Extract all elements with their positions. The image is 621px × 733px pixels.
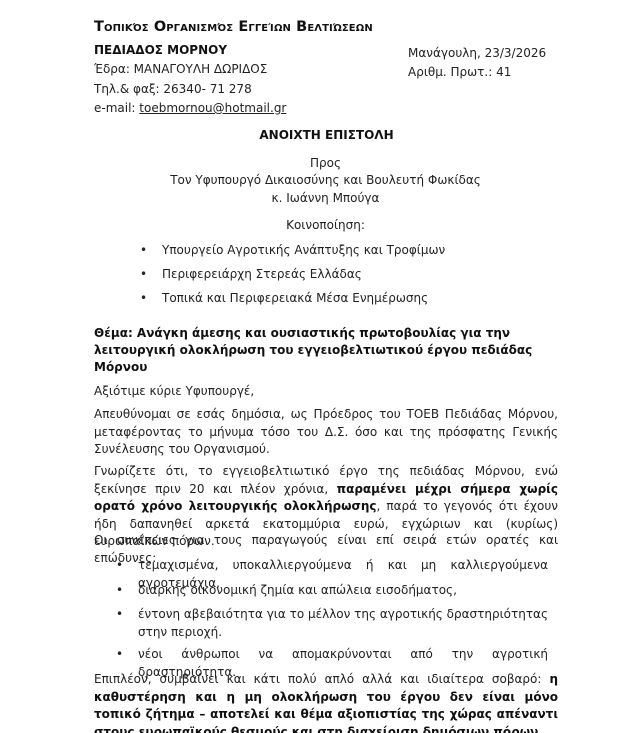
recipient-line-1: Τον Υφυπουργό Δικαιοσύνης και Βουλευτή Φ… xyxy=(0,173,621,187)
bullet-icon: • xyxy=(116,557,138,575)
email-line: e-mail: toebmornou@hotmail.gr xyxy=(94,101,286,115)
cc-item: •Υπουργείο Αγροτικής Ανάπτυξης και Τροφί… xyxy=(140,243,445,257)
bullet-icon: • xyxy=(140,243,162,257)
paragraph-1: Απευθύνομαι σε εσάς δημόσια, ως Πρόεδρος… xyxy=(94,406,558,459)
organization-name: Τοπικός Οργανισμός Εγγείων Βελτιώσεων xyxy=(94,19,373,35)
place-date: Μανάγουλη, 23/3/2026 xyxy=(408,46,546,60)
bullet-icon: • xyxy=(116,646,138,664)
salutation: Αξιότιμε κύριε Υφυπουργέ, xyxy=(94,383,558,401)
bullet-icon: • xyxy=(116,606,138,624)
list-item: •έντονη αβεβαιότητα για το μέλλον της αγ… xyxy=(116,606,558,641)
recipient-to-label: Προς xyxy=(0,156,621,170)
bullet-icon: • xyxy=(116,582,138,600)
paragraph-4: Επιπλέον, συμβαίνει και κάτι πολύ απλό α… xyxy=(94,671,558,733)
cc-item: •Τοπικά και Περιφερειακά Μέσα Ενημέρωσης xyxy=(140,291,428,305)
subject-line: Θέμα: Ανάγκη άμεσης και ουσιαστικής πρωτ… xyxy=(94,325,554,376)
email-link[interactable]: toebmornou@hotmail.gr xyxy=(139,101,286,115)
recipient-line-2: κ. Ιωάννη Μπούγα xyxy=(0,191,621,205)
list-item: •διαρκής οικονομική ζημία και απώλεια ει… xyxy=(116,582,558,600)
email-label: e-mail: xyxy=(94,101,139,115)
phone-fax: Τηλ.& φαξ: 26340- 71 278 xyxy=(94,82,252,96)
cc-label: Κοινοποίηση: xyxy=(0,218,621,232)
cc-item: •Περιφερειάρχη Στερεάς Ελλάδας xyxy=(140,267,362,281)
seat-address: Έδρα: ΜΑΝΑΓΟΥΛΗ ΔΩΡΙΔΟΣ xyxy=(94,62,267,76)
organization-area: ΠΕΔΙΑΔΟΣ ΜΟΡΝΟΥ xyxy=(94,43,227,57)
protocol-number: Αριθμ. Πρωτ.: 41 xyxy=(408,65,511,79)
bullet-icon: • xyxy=(140,291,162,305)
bullet-icon: • xyxy=(140,267,162,281)
letter-type-heading: ΑΝΟΙΧΤΗ ΕΠΙΣΤΟΛΗ xyxy=(0,128,621,142)
